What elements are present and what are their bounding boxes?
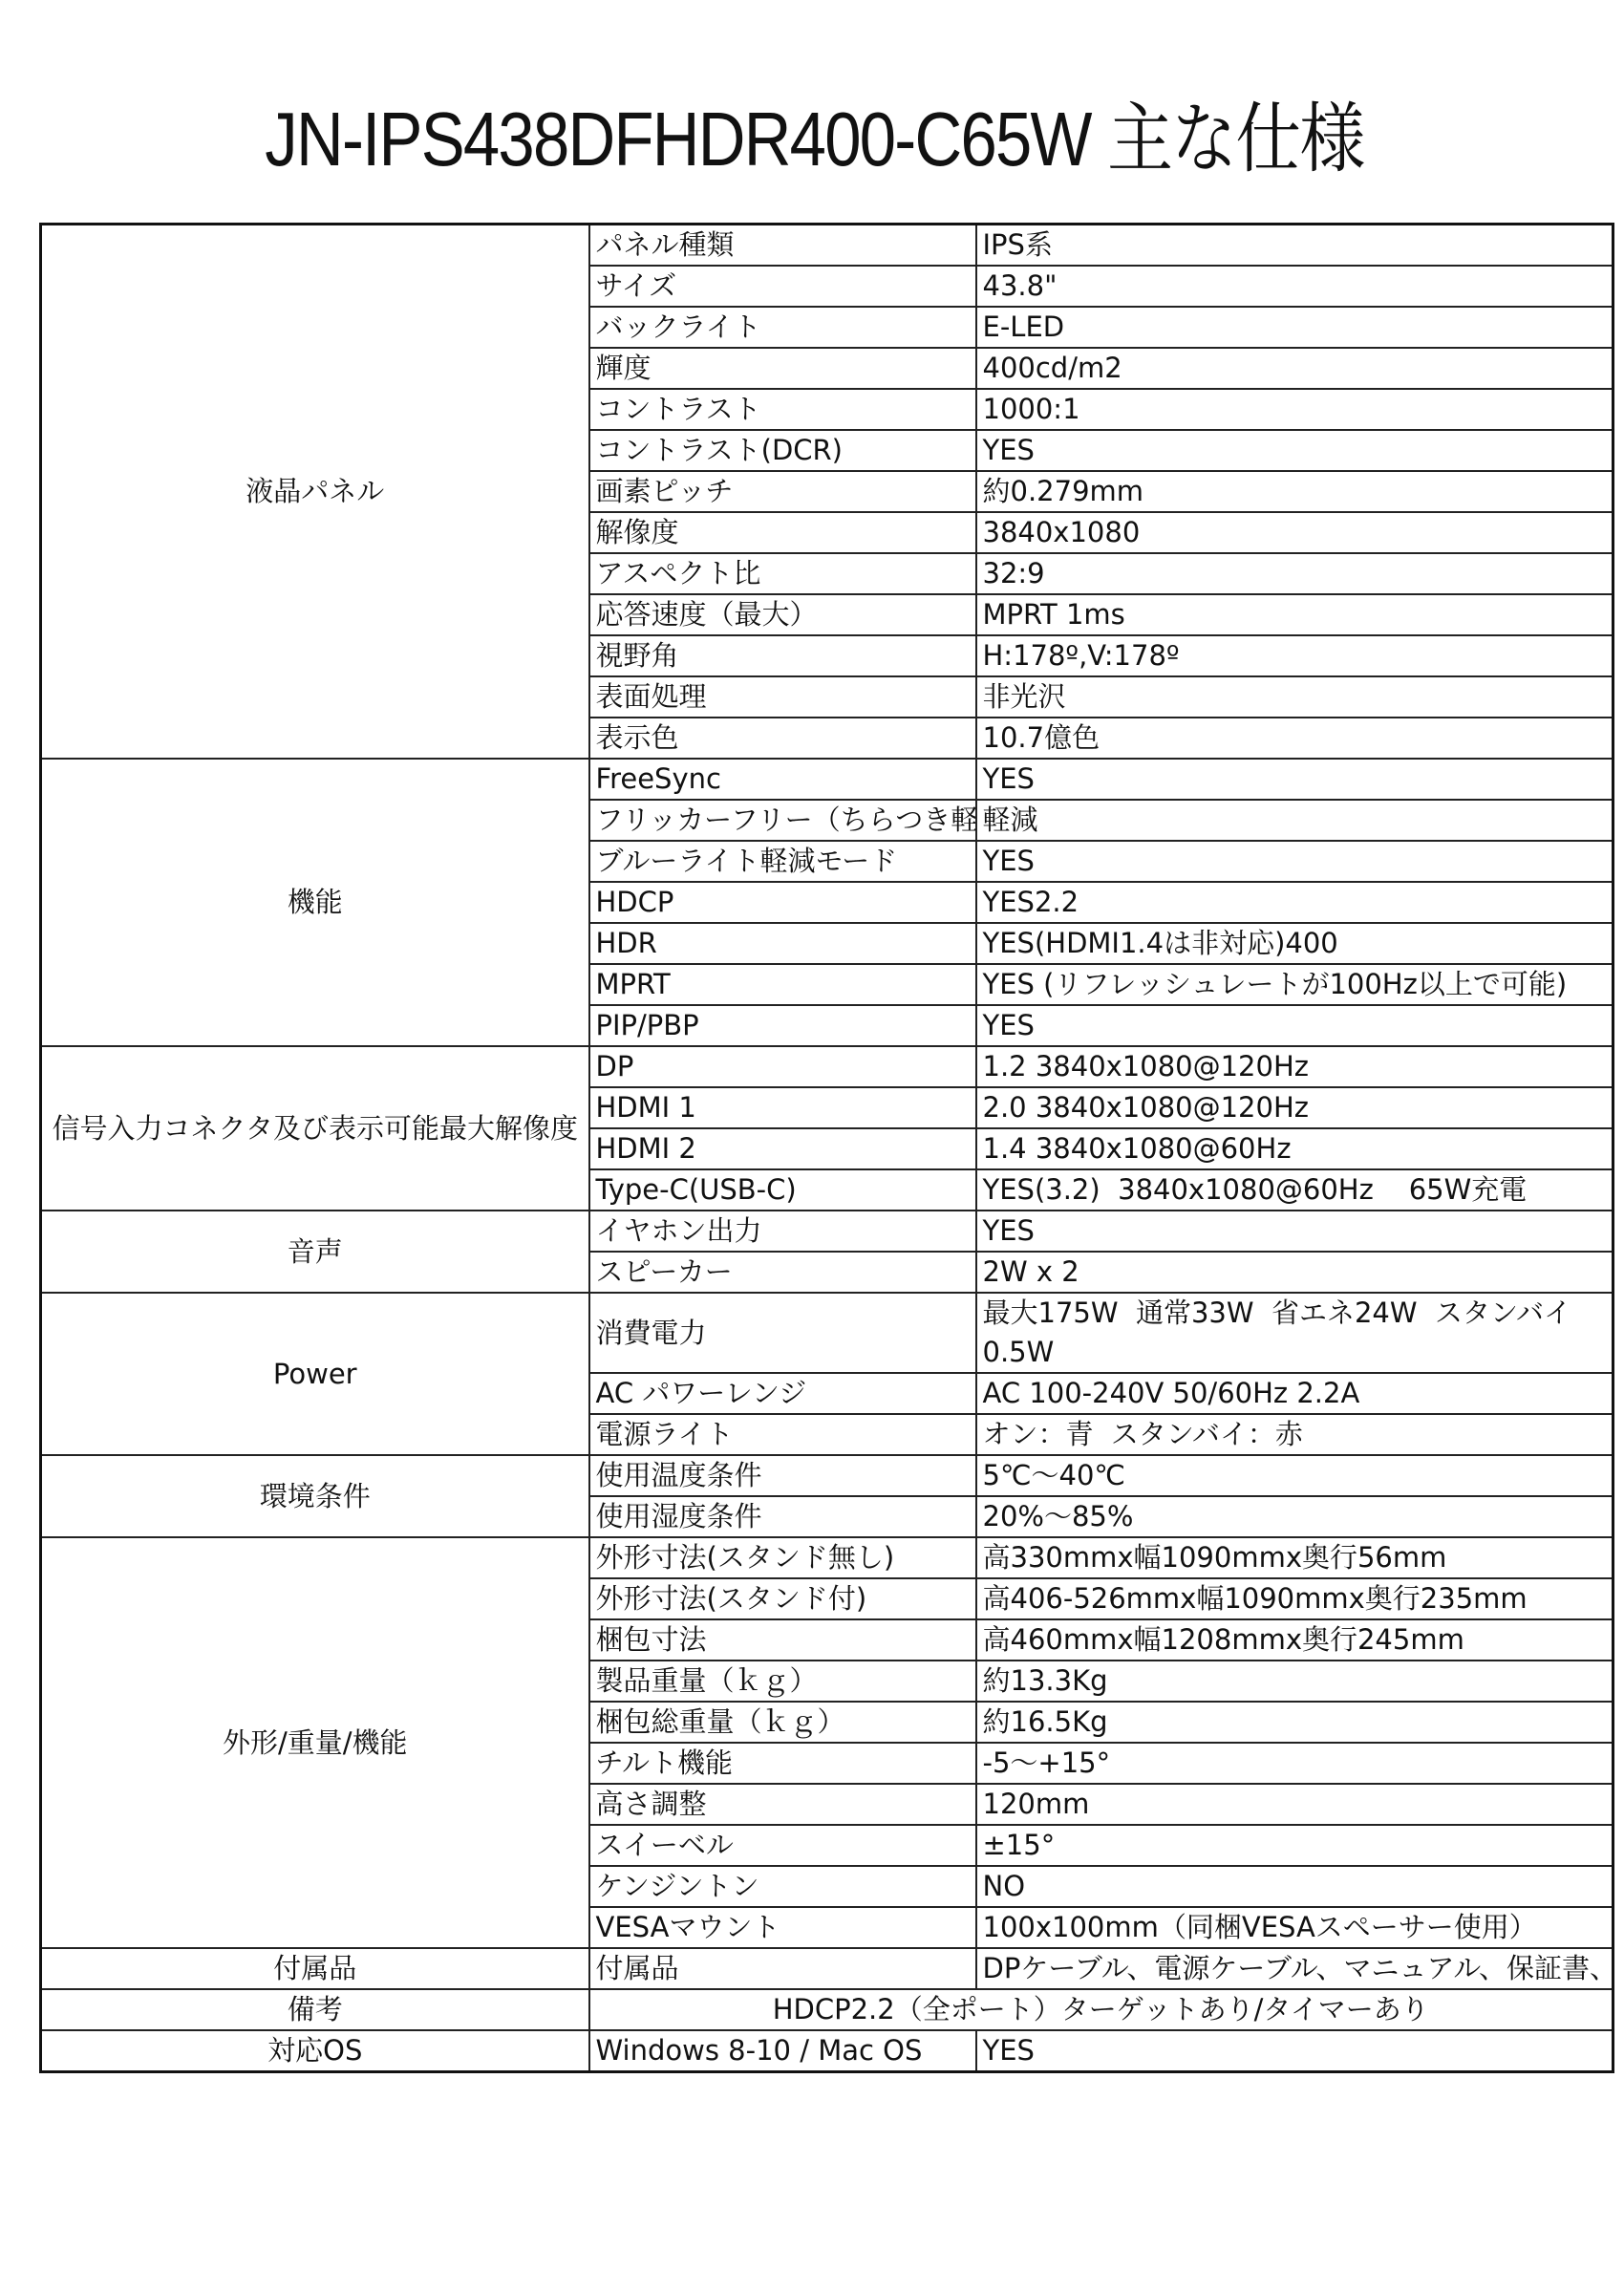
spec-label: 消費電力 [589, 1293, 976, 1373]
spec-value: 32:9 [976, 553, 1613, 594]
spec-label: スピーカー [589, 1252, 976, 1293]
remarks-value: HDCP2.2（全ポート）ターゲットあり/タイマーあり [589, 1989, 1613, 2030]
spec-value: YES (リフレッシュレートが100Hz以上で可能) [976, 964, 1613, 1005]
spec-value: 3840x1080 [976, 512, 1613, 553]
spec-label: フリッカーフリー（ちらつき軽減） [589, 800, 976, 841]
spec-value: 非光沢 [976, 676, 1613, 718]
spec-label: 梱包寸法 [589, 1619, 976, 1661]
spec-label: バックライト [589, 307, 976, 348]
spec-label: 使用温度条件 [589, 1455, 976, 1496]
spec-label: HDCP [589, 882, 976, 923]
category-physical: 外形/重量/機能 [41, 1537, 589, 1948]
spec-label: 使用湿度条件 [589, 1496, 976, 1537]
spec-label: パネル種類 [589, 225, 976, 267]
table-row: 機能 FreeSync YES [41, 759, 1613, 800]
spec-label: 応答速度（最大） [589, 594, 976, 635]
spec-label: サイズ [589, 266, 976, 307]
spec-label: Windows 8-10 / Mac OS [589, 2030, 976, 2072]
spec-label: AC パワーレンジ [589, 1373, 976, 1414]
spec-label: HDR [589, 923, 976, 964]
spec-value: YES [976, 1005, 1613, 1046]
spec-label: ケンジントン [589, 1866, 976, 1907]
category-os: 対応OS [41, 2030, 589, 2072]
spec-value: 最大175W 通常33W 省エネ24W スタンバイ 0.5W [976, 1293, 1613, 1373]
spec-label: チルト機能 [589, 1743, 976, 1784]
spec-value: 120mm [976, 1784, 1613, 1825]
spec-label: 表示色 [589, 718, 976, 759]
spec-value: 1.4 3840x1080@60Hz [976, 1128, 1613, 1169]
spec-value: YES [976, 759, 1613, 800]
spec-label: 画素ピッチ [589, 471, 976, 512]
category-signal-inputs: 信号入力コネクタ及び表示可能最大解像度 [41, 1046, 589, 1211]
spec-value: 高330mmx幅1090mmx奥行56mm [976, 1537, 1613, 1578]
table-row: 付属品 付属品 DPケーブル、電源ケーブル、マニュアル、保証書、VESAネジ (… [41, 1948, 1613, 1989]
spec-label: ブルーライト軽減モード [589, 841, 976, 882]
spec-value: YES2.2 [976, 882, 1613, 923]
spec-value: YES [976, 841, 1613, 882]
spec-label: コントラスト(DCR) [589, 430, 976, 471]
spec-value: 1000:1 [976, 389, 1613, 430]
spec-value: 5℃～40℃ [976, 1455, 1613, 1496]
spec-label: イヤホン出力 [589, 1211, 976, 1252]
spec-value: 高406-526mmx幅1090mmx奥行235mm [976, 1578, 1613, 1619]
spec-value: YES(HDMI1.4は非対応)400 [976, 923, 1613, 964]
spec-label: VESAマウント [589, 1907, 976, 1948]
spec-label: HDMI 1 [589, 1087, 976, 1128]
table-row: 外形/重量/機能 外形寸法(スタンド無し) 高330mmx幅1090mmx奥行5… [41, 1537, 1613, 1578]
spec-value: IPS系 [976, 225, 1613, 267]
spec-label: 解像度 [589, 512, 976, 553]
spec-label: 外形寸法(スタンド付) [589, 1578, 976, 1619]
spec-value: NO [976, 1866, 1613, 1907]
spec-value: 高460mmx幅1208mmx奥行245mm [976, 1619, 1613, 1661]
category-audio: 音声 [41, 1211, 589, 1293]
spec-value: 20%～85% [976, 1496, 1613, 1537]
spec-value: 2.0 3840x1080@120Hz [976, 1087, 1613, 1128]
spec-value: オン：青 スタンバイ：赤 [976, 1414, 1613, 1455]
spec-value: 軽減 [976, 800, 1613, 841]
spec-label: 付属品 [589, 1948, 976, 1989]
table-row: Power 消費電力 最大175W 通常33W 省エネ24W スタンバイ 0.5… [41, 1293, 1613, 1373]
spec-label: コントラスト [589, 389, 976, 430]
spec-label: 梱包総重量（ｋｇ） [589, 1702, 976, 1743]
spec-value: 10.7億色 [976, 718, 1613, 759]
spec-value: 400cd/m2 [976, 348, 1613, 389]
spec-value: 2W x 2 [976, 1252, 1613, 1293]
spec-value: AC 100-240V 50/60Hz 2.2A [976, 1373, 1613, 1414]
spec-table: 液晶パネル パネル種類 IPS系 サイズ43.8" バックライトE-LED 輝度… [39, 223, 1614, 2073]
category-lcd-panel: 液晶パネル [41, 225, 589, 760]
spec-value: YES [976, 2030, 1613, 2072]
table-row: 備考 HDCP2.2（全ポート）ターゲットあり/タイマーあり [41, 1989, 1613, 2030]
spec-value: 約0.279mm [976, 471, 1613, 512]
table-row: 環境条件 使用温度条件 5℃～40℃ [41, 1455, 1613, 1496]
table-row: 信号入力コネクタ及び表示可能最大解像度 DP 1.2 3840x1080@120… [41, 1046, 1613, 1087]
spec-label: Type-C(USB-C) [589, 1169, 976, 1211]
spec-value: YES [976, 1211, 1613, 1252]
page-title: JN-IPS438DFHDR400-C65W 主な仕様 [116, 92, 1512, 187]
spec-value: MPRT 1ms [976, 594, 1613, 635]
spec-value: YES(3.2) 3840x1080@60Hz 65W充電 [976, 1169, 1613, 1211]
spec-label: アスペクト比 [589, 553, 976, 594]
spec-label: 視野角 [589, 635, 976, 676]
spec-value: 約13.3Kg [976, 1661, 1613, 1702]
spec-label: スイーベル [589, 1825, 976, 1866]
category-features: 機能 [41, 759, 589, 1046]
spec-value: 100x100mm（同梱VESAスペーサー使用） [976, 1907, 1613, 1948]
spec-label: 輝度 [589, 348, 976, 389]
spec-label: DP [589, 1046, 976, 1087]
spec-value: ±15° [976, 1825, 1613, 1866]
spec-label: 電源ライト [589, 1414, 976, 1455]
spec-value: YES [976, 430, 1613, 471]
spec-value: 43.8" [976, 266, 1613, 307]
category-remarks: 備考 [41, 1989, 589, 2030]
spec-value: 約16.5Kg [976, 1702, 1613, 1743]
spec-label: HDMI 2 [589, 1128, 976, 1169]
spec-label: 外形寸法(スタンド無し) [589, 1537, 976, 1578]
spec-value: 1.2 3840x1080@120Hz [976, 1046, 1613, 1087]
spec-label: 高さ調整 [589, 1784, 976, 1825]
table-row: 液晶パネル パネル種類 IPS系 [41, 225, 1613, 267]
category-power: Power [41, 1293, 589, 1455]
spec-value: E-LED [976, 307, 1613, 348]
spec-label: PIP/PBP [589, 1005, 976, 1046]
category-environment: 環境条件 [41, 1455, 589, 1537]
category-accessories: 付属品 [41, 1948, 589, 1989]
spec-label: 表面処理 [589, 676, 976, 718]
spec-value: H:178º,V:178º [976, 635, 1613, 676]
table-row: 音声 イヤホン出力 YES [41, 1211, 1613, 1252]
table-row: 対応OS Windows 8-10 / Mac OS YES [41, 2030, 1613, 2072]
spec-label: 製品重量（ｋｇ） [589, 1661, 976, 1702]
spec-label: MPRT [589, 964, 976, 1005]
spec-label: FreeSync [589, 759, 976, 800]
spec-value: -5～+15° [976, 1743, 1613, 1784]
spec-value: DPケーブル、電源ケーブル、マニュアル、保証書、VESAネジ (スペーサー) [976, 1948, 1613, 1989]
